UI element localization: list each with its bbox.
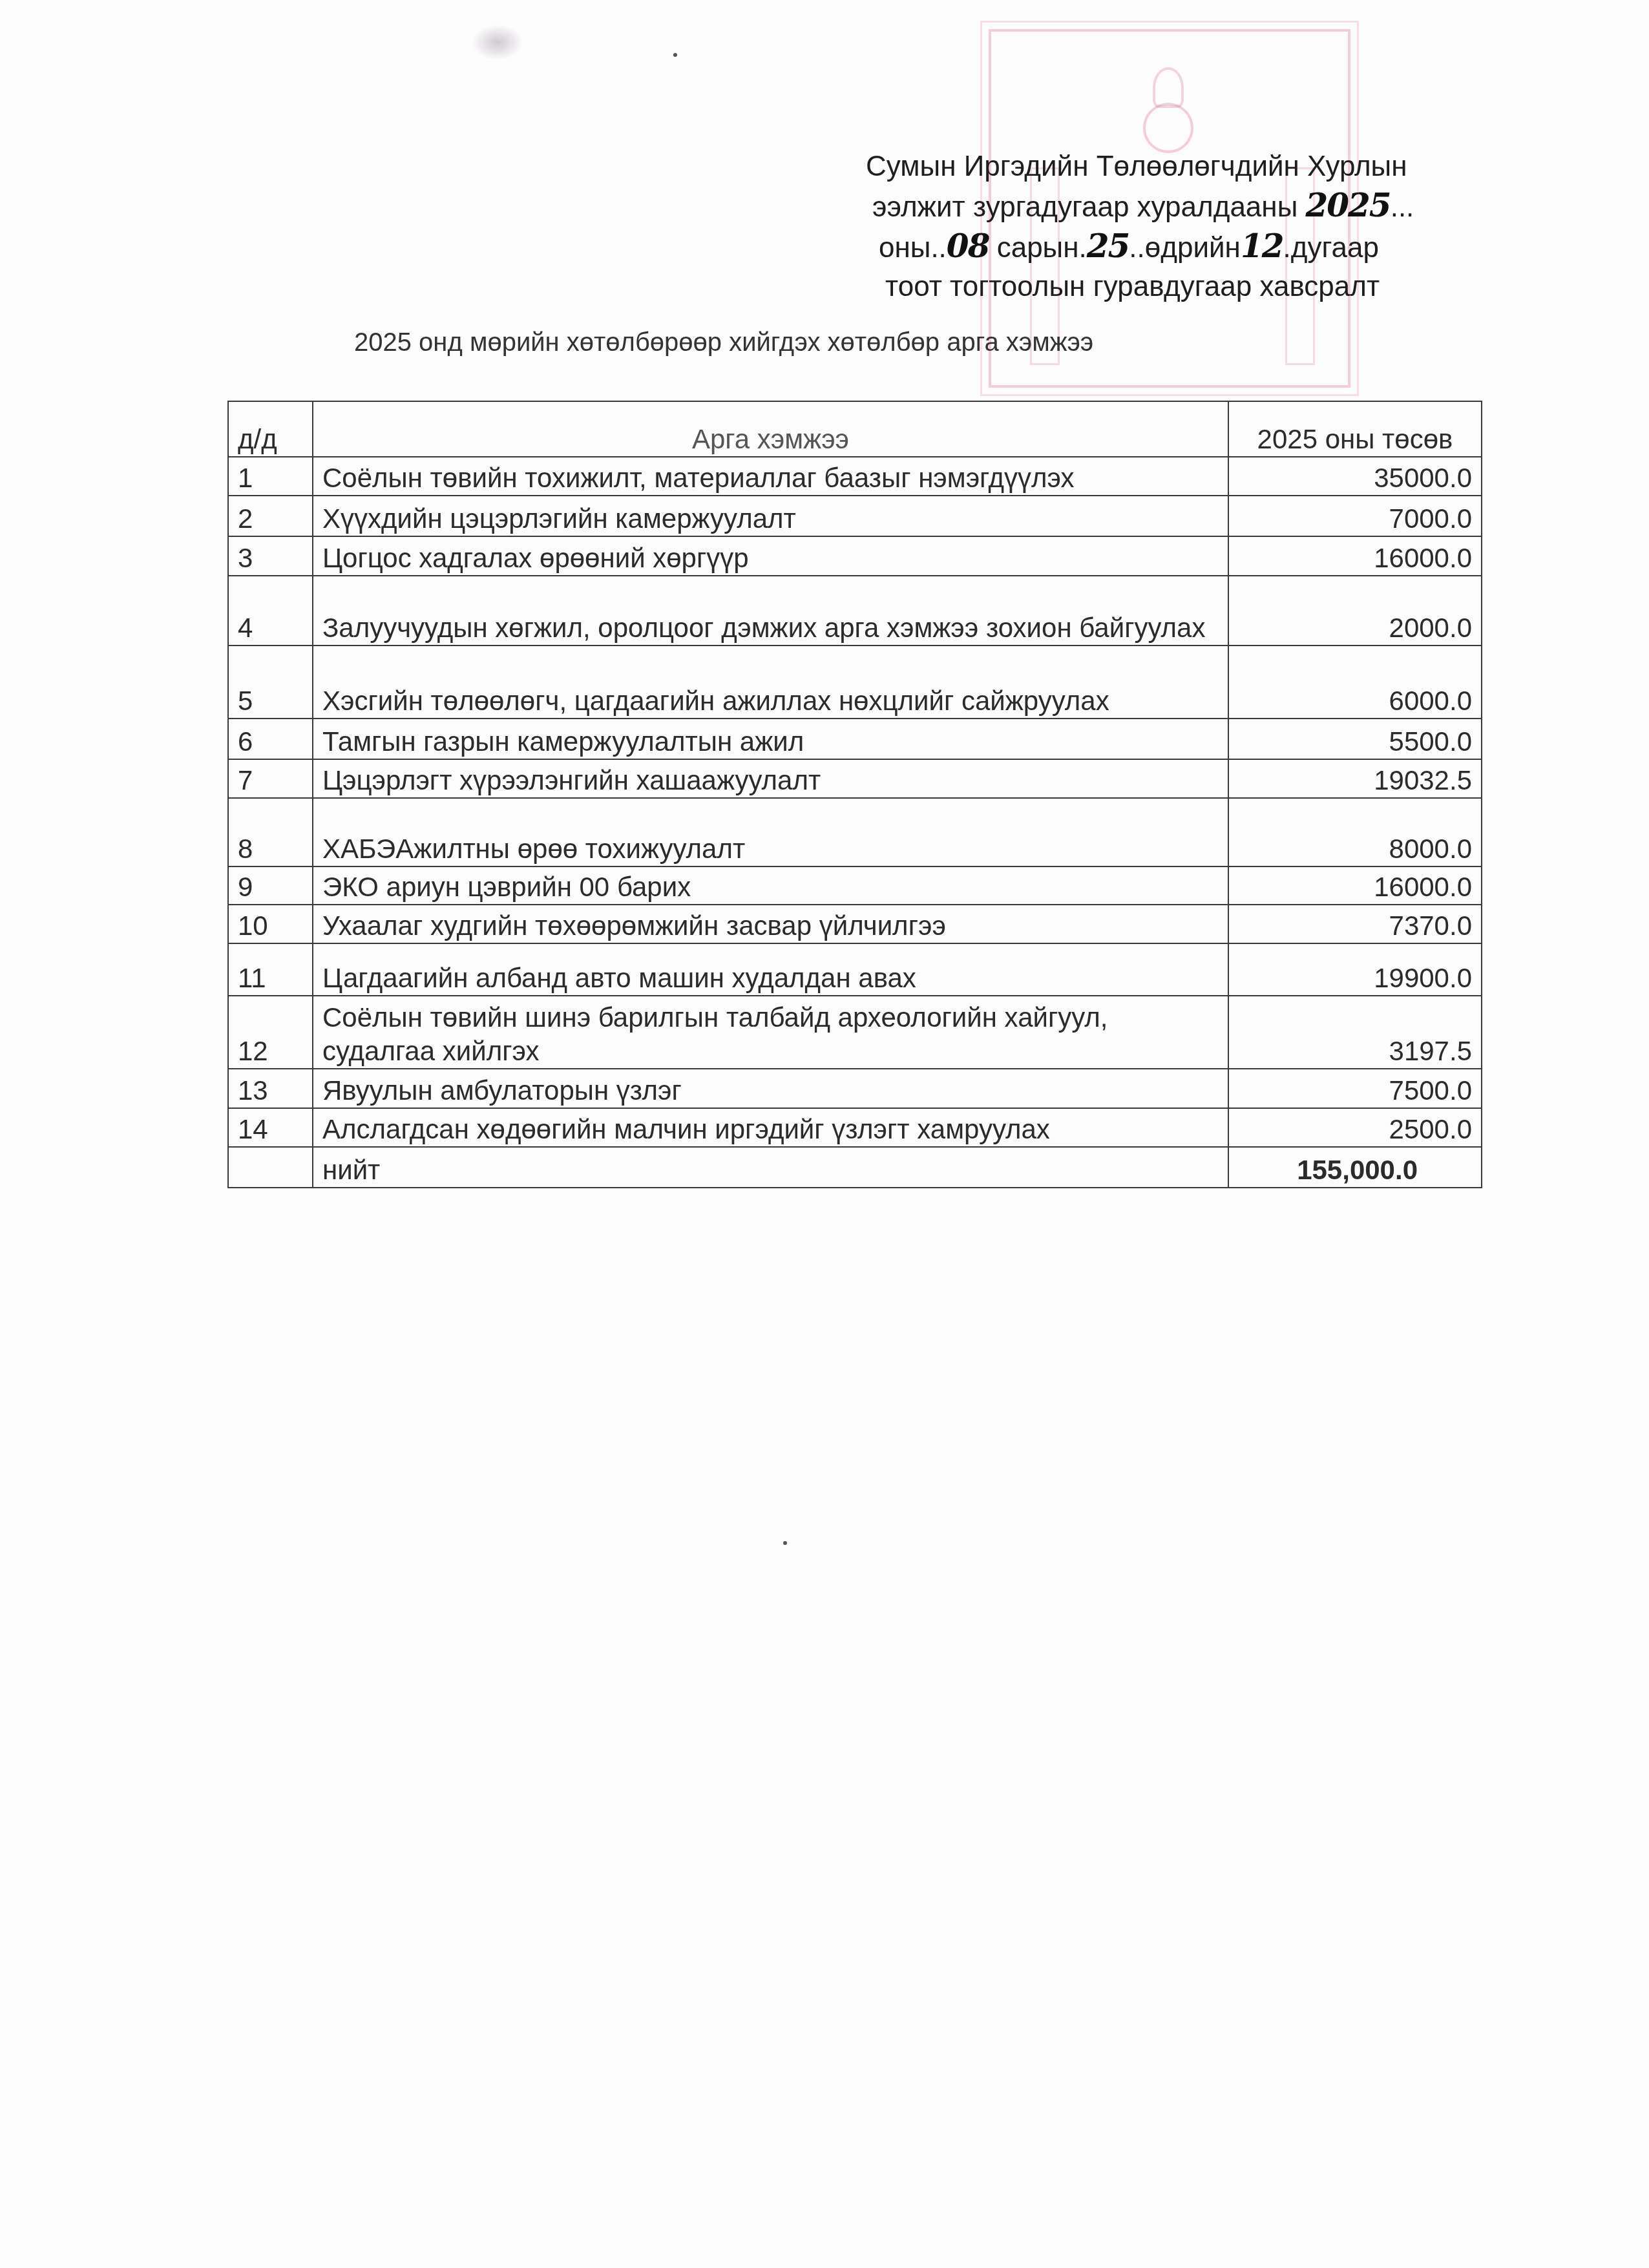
column-header-activity: Арга хэмжээ xyxy=(313,401,1228,457)
row-budget: 7500.0 xyxy=(1228,1069,1482,1108)
row-number: 13 xyxy=(228,1069,313,1108)
row-activity: Хүүхдийн цэцэрлэгийн камержуулалт xyxy=(313,496,1228,536)
row-activity: Цагдаагийн албанд авто машин худалдан ав… xyxy=(313,943,1228,996)
row-activity: Тамгын газрын камержуулалтын ажил xyxy=(313,719,1228,759)
row-activity: Соёлын төвийн шинэ барилгын талбайд архе… xyxy=(313,996,1228,1069)
header-line-3: оны..08 сарын.25..өдрийн12.дугаар xyxy=(866,227,1486,268)
row-activity: Алслагдсан хөдөөгийн малчин иргэдийг үзл… xyxy=(313,1108,1228,1147)
handwritten-year: 2025 xyxy=(1306,186,1391,224)
table-row: 1Соёлын төвийн тохижилт, материаллаг баа… xyxy=(228,457,1482,496)
total-row: нийт155,000.0 xyxy=(228,1147,1482,1188)
column-header-budget: 2025 оны төсөв xyxy=(1228,401,1482,457)
row-budget: 16000.0 xyxy=(1228,536,1482,576)
row-number: 8 xyxy=(228,798,313,866)
document-title: 2025 онд мөрийн хөтөлбөрөөр хийгдэх хөтө… xyxy=(354,328,1093,357)
row-budget: 19900.0 xyxy=(1228,943,1482,996)
soyombo-sun-icon xyxy=(1143,103,1193,153)
row-activity: Явуулын амбулаторын үзлэг xyxy=(313,1069,1228,1108)
budget-table: д/д Арга хэмжээ 2025 оны төсөв 1Соёлын т… xyxy=(227,401,1482,1188)
row-activity: Цогцос хадгалах өрөөний хөргүүр xyxy=(313,536,1228,576)
row-budget: 3197.5 xyxy=(1228,996,1482,1069)
row-activity: Залуучуудын хөгжил, оролцоог дэмжих арга… xyxy=(313,576,1228,646)
soyombo-flame-icon xyxy=(1153,67,1184,108)
row-number: 10 xyxy=(228,905,313,943)
table-row: 3Цогцос хадгалах өрөөний хөргүүр16000.0 xyxy=(228,536,1482,576)
row-budget: 16000.0 xyxy=(1228,866,1482,905)
table-row: 10Ухаалаг худгийн төхөөрөмжийн засвар үй… xyxy=(228,905,1482,943)
header-line-2: ээлжит зургадугаар хуралдааны 2025... xyxy=(866,186,1486,227)
row-budget: 5500.0 xyxy=(1228,719,1482,759)
row-number: 5 xyxy=(228,646,313,719)
row-number: 11 xyxy=(228,943,313,996)
table-row: 9ЭКО ариун цэврийн 00 барих16000.0 xyxy=(228,866,1482,905)
table-row: 8ХАБЭАжилтны өрөө тохижуулалт8000.0 xyxy=(228,798,1482,866)
row-number: 12 xyxy=(228,996,313,1069)
scan-speck xyxy=(783,1541,787,1545)
row-activity: Ухаалаг худгийн төхөөрөмжийн засвар үйлч… xyxy=(313,905,1228,943)
total-number-cell xyxy=(228,1147,313,1188)
row-number: 4 xyxy=(228,576,313,646)
row-budget: 8000.0 xyxy=(1228,798,1482,866)
handwritten-day: 25 xyxy=(1087,227,1129,265)
row-number: 7 xyxy=(228,759,313,798)
table-row: 14Алслагдсан хөдөөгийн малчин иргэдийг ү… xyxy=(228,1108,1482,1147)
header-line-4: тоот тогтоолын гуравдугаар хавсралт xyxy=(866,268,1486,306)
table-row: 7Цэцэрлэгт хүрээлэнгийн хашаажуулалт1903… xyxy=(228,759,1482,798)
row-budget: 35000.0 xyxy=(1228,457,1482,496)
column-header-number: д/д xyxy=(228,401,313,457)
row-number: 14 xyxy=(228,1108,313,1147)
handwritten-resolution-number: 12 xyxy=(1241,227,1283,265)
row-budget: 6000.0 xyxy=(1228,646,1482,719)
handwritten-month: 08 xyxy=(947,227,989,265)
row-number: 2 xyxy=(228,496,313,536)
table-row: 11Цагдаагийн албанд авто машин худалдан … xyxy=(228,943,1482,996)
row-number: 9 xyxy=(228,866,313,905)
table-row: 4Залуучуудын хөгжил, оролцоог дэмжих арг… xyxy=(228,576,1482,646)
row-number: 1 xyxy=(228,457,313,496)
row-activity: Соёлын төвийн тохижилт, материаллаг бааз… xyxy=(313,457,1228,496)
scan-speck xyxy=(673,53,677,57)
row-activity: ХАБЭАжилтны өрөө тохижуулалт xyxy=(313,798,1228,866)
table-row: 6Тамгын газрын камержуулалтын ажил5500.0 xyxy=(228,719,1482,759)
resolution-reference: Сумын Иргэдийн Төлөөлөгчдийн Хурлын ээлж… xyxy=(866,147,1486,306)
row-budget: 2500.0 xyxy=(1228,1108,1482,1147)
total-value: 155,000.0 xyxy=(1228,1147,1482,1188)
row-activity: Хэсгийн төлөөлөгч, цагдаагийн ажиллах нө… xyxy=(313,646,1228,719)
scan-smudge xyxy=(472,25,523,60)
total-label: нийт xyxy=(313,1147,1228,1188)
row-budget: 7370.0 xyxy=(1228,905,1482,943)
table-row: 12Соёлын төвийн шинэ барилгын талбайд ар… xyxy=(228,996,1482,1069)
table-row: 2Хүүхдийн цэцэрлэгийн камержуулалт7000.0 xyxy=(228,496,1482,536)
header-line-1: Сумын Иргэдийн Төлөөлөгчдийн Хурлын xyxy=(866,147,1486,186)
table-row: 5Хэсгийн төлөөлөгч, цагдаагийн ажиллах н… xyxy=(228,646,1482,719)
row-number: 6 xyxy=(228,719,313,759)
row-budget: 19032.5 xyxy=(1228,759,1482,798)
table-header-row: д/д Арга хэмжээ 2025 оны төсөв xyxy=(228,401,1482,457)
table-row: 13Явуулын амбулаторын үзлэг7500.0 xyxy=(228,1069,1482,1108)
row-budget: 7000.0 xyxy=(1228,496,1482,536)
row-activity: Цэцэрлэгт хүрээлэнгийн хашаажуулалт xyxy=(313,759,1228,798)
row-number: 3 xyxy=(228,536,313,576)
row-budget: 2000.0 xyxy=(1228,576,1482,646)
row-activity: ЭКО ариун цэврийн 00 барих xyxy=(313,866,1228,905)
